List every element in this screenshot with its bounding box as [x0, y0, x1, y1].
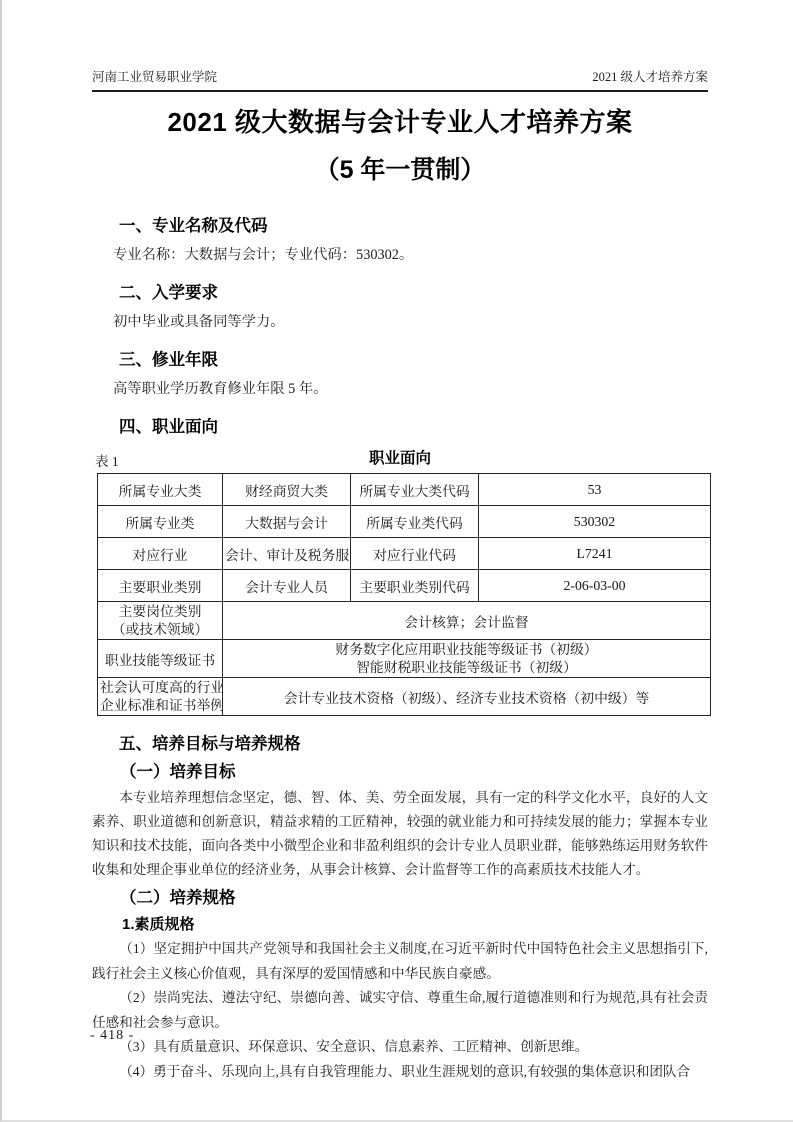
section-5-sub2-heading: （二）培养规格: [92, 887, 708, 910]
cell-industry-value: 会计、审计及税务服务: [223, 538, 351, 570]
cell-specialty-class-code-label: 所属专业类代码: [351, 506, 479, 538]
document-page: 河南工业贸易职业学院 2021 级人才培养方案 2021 级大数据与会计专业人才…: [0, 0, 793, 1122]
section-2-body: 初中毕业或具备同等学力。: [92, 310, 708, 334]
section-3-body: 高等职业学历教育修业年限 5 年。: [92, 377, 708, 401]
cell-specialty-class-code-value: 530302: [479, 506, 711, 538]
table-label: 表 1: [95, 453, 119, 471]
table-title: 职业面向: [92, 449, 708, 469]
section-5-heading: 五、培养目标与培养规格: [92, 733, 708, 756]
section-3-heading: 三、修业年限: [92, 349, 708, 372]
section-2-heading: 二、入学要求: [92, 282, 708, 305]
cell-specialty-class-label: 所属专业类: [98, 506, 223, 538]
cell-industry-label: 对应行业: [98, 538, 223, 570]
quality-spec-heading: 1.素质规格: [92, 914, 708, 935]
cell-major-category-code-value: 53: [479, 474, 711, 506]
document-title: 2021 级大数据与会计专业人才培养方案: [92, 105, 708, 140]
cell-major-category-label: 所属专业大类: [98, 474, 223, 506]
cell-occupation-code-label: 主要职业类别代码: [351, 570, 479, 602]
page-header: 河南工业贸易职业学院 2021 级人才培养方案: [92, 0, 708, 92]
cell-certificates-label: 职业技能等级证书: [98, 640, 223, 678]
training-objective-paragraph: 本专业培养理想信念坚定，德、智、体、美、劳全面发展，具有一定的科学文化水平，良好…: [92, 786, 708, 882]
table-row-industry: 对应行业 会计、审计及税务服务 对应行业代码 L7241: [98, 538, 711, 570]
cell-position-value: 会计核算；会计监督: [223, 602, 711, 640]
cell-industry-code-label: 对应行业代码: [351, 538, 479, 570]
table-row-position-category: 主要岗位类别 （或技术领域） 会计核算；会计监督: [98, 602, 711, 640]
document-subtitle: （5 年一贯制）: [92, 153, 708, 188]
section-1-heading: 一、专业名称及代码: [92, 215, 708, 238]
cell-occupation-value: 会计专业人员: [223, 570, 351, 602]
quality-item-1: （1）坚定拥护中国共产党领导和我国社会主义制度,在习近平新时代中国特色社会主义思…: [92, 937, 708, 986]
cell-occupation-label: 主要职业类别: [98, 570, 223, 602]
quality-item-3: （3）具有质量意识、环保意识、安全意识、信息素养、工匠精神、创新思维。: [92, 1035, 708, 1060]
header-doc-name: 2021 级人才培养方案: [592, 70, 708, 85]
table-row-specialty-class: 所属专业类 大数据与会计 所属专业类代码 530302: [98, 506, 711, 538]
section-1-body: 专业名称：大数据与会计；专业代码：530302。: [92, 243, 708, 267]
cell-industry-code-value: L7241: [479, 538, 711, 570]
page-number: - 418 -: [90, 1028, 134, 1044]
cell-standards-label: 社会认可度高的行业 企业标准和证书举例: [98, 678, 223, 716]
cell-major-category-code-label: 所属专业大类代码: [351, 474, 479, 506]
table-caption-row: 表 1 职业面向: [92, 449, 708, 471]
cell-occupation-code-value: 2-06-03-00: [479, 570, 711, 602]
table-row-occupation-category: 主要职业类别 会计专业人员 主要职业类别代码 2-06-03-00: [98, 570, 711, 602]
quality-item-2: （2）崇尚宪法、遵法守纪、崇德向善、诚实守信、尊重生命,履行道德准则和行为规范,…: [92, 986, 708, 1035]
quality-item-4: （4）勇于奋斗、乐现向上,具有自我管理能力、职业生涯规划的意识,有较强的集体意识…: [92, 1060, 708, 1085]
table-row-skill-certificates: 职业技能等级证书 财务数字化应用职业技能等级证书（初级） 智能财税职业技能等级证…: [98, 640, 711, 678]
section-4-heading: 四、职业面向: [92, 416, 708, 439]
cell-specialty-class-value: 大数据与会计: [223, 506, 351, 538]
cell-standards-value: 会计专业技术资格（初级）、经济专业技术资格（初中级）等: [223, 678, 711, 716]
cell-position-label: 主要岗位类别 （或技术领域）: [98, 602, 223, 640]
table-row-recognized-standards: 社会认可度高的行业 企业标准和证书举例 会计专业技术资格（初级）、经济专业技术资…: [98, 678, 711, 716]
cell-certificates-value: 财务数字化应用职业技能等级证书（初级） 智能财税职业技能等级证书（初级）: [223, 640, 711, 678]
header-school-name: 河南工业贸易职业学院: [92, 70, 217, 85]
cell-major-category-value: 财经商贸大类: [223, 474, 351, 506]
section-5-sub1-heading: （一）培养目标: [92, 761, 708, 784]
table-row-major-category: 所属专业大类 财经商贸大类 所属专业大类代码 53: [98, 474, 711, 506]
occupation-table: 所属专业大类 财经商贸大类 所属专业大类代码 53 所属专业类 大数据与会计 所…: [97, 473, 711, 716]
